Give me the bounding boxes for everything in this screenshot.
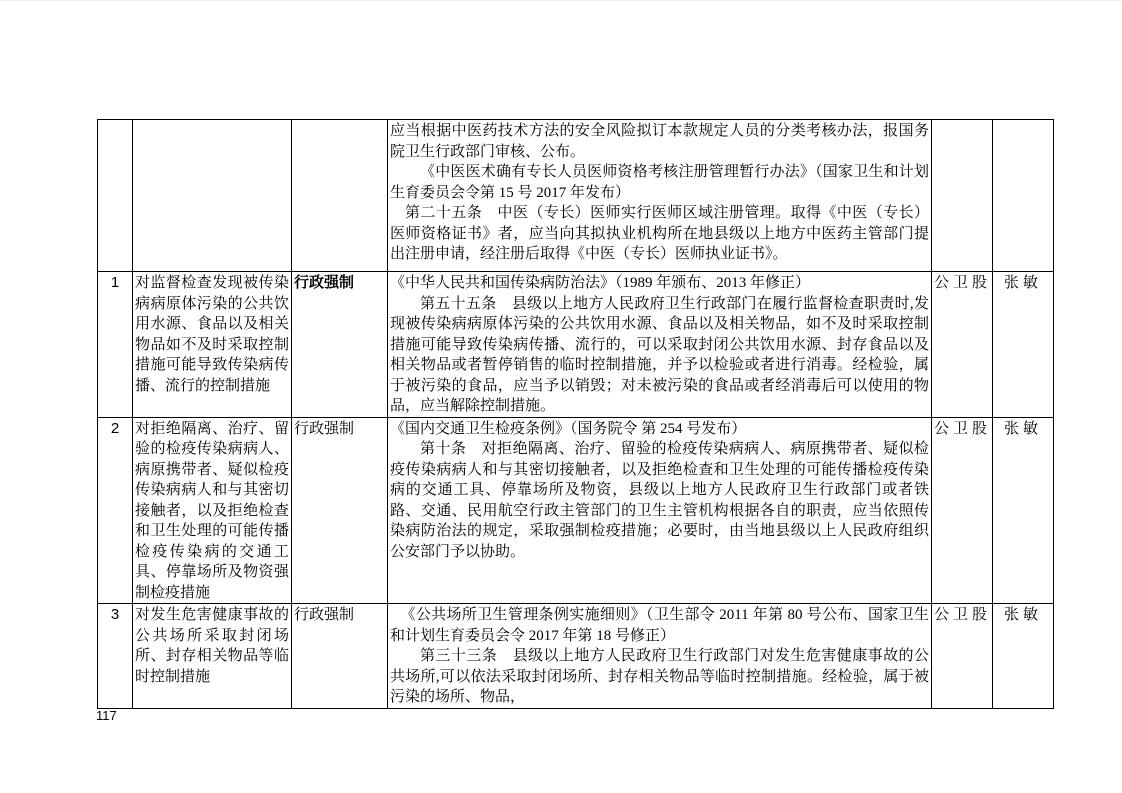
- department-cell: [932, 120, 993, 272]
- seq-cell: 3: [98, 604, 133, 709]
- legal-basis-cell: 应当根据中医药技术方法的安全风险拟订本款规定人员的分类考核办法，报国务院卫生行政…: [388, 120, 932, 272]
- item-cell: 对监督检查发现被传染病病原体污染的公共饮用水源、食品以及相关物品如不及时采取控制…: [133, 272, 292, 418]
- legal-basis-cell: 《公共场所卫生管理条例实施细则》（卫生部令 2011 年第 80 号公布、国家卫…: [388, 604, 932, 709]
- seq-cell: 2: [98, 417, 133, 604]
- table-row: 2 对拒绝隔离、治疗、留验的检疫传染病病人、病原携带者、疑似检疫传染病病人和与其…: [98, 417, 1054, 604]
- legal-paragraph: 第十条 对拒绝隔离、治疗、留验的检疫传染病病人、病原携带者、疑似检疫传染病病人和…: [390, 439, 929, 562]
- page-top-edge: [0, 0, 1122, 1]
- department-cell: 公卫股: [932, 272, 993, 418]
- department-cell: 公卫股: [932, 417, 993, 604]
- table-row: 1 对监督检查发现被传染病病原体污染的公共饮用水源、食品以及相关物品如不及时采取…: [98, 272, 1054, 418]
- department-cell: 公卫股: [932, 604, 993, 709]
- seq-cell: 1: [98, 272, 133, 418]
- legal-paragraph: 第三十三条 县级以上地方人民政府卫生行政部门对发生危害健康事故的公共场所,可以依…: [390, 646, 929, 708]
- legal-paragraph: 《中华人民共和国传染病防治法》（1989 年颁布、2013 年修正）: [390, 273, 929, 294]
- seq-cell: [98, 120, 133, 272]
- page-number: 117: [96, 708, 117, 723]
- type-cell: 行政强制: [292, 604, 388, 709]
- item-cell: 对发生危害健康事故的公共场所采取封闭场所、封存相关物品等临时控制措施: [133, 604, 292, 709]
- item-cell: [133, 120, 292, 272]
- legal-paragraph: 《中医医术确有专长人员医师资格考核注册管理暂行办法》（国家卫生和计划生育委员会令…: [390, 162, 929, 203]
- person-cell: [993, 120, 1054, 272]
- type-cell: 行政强制: [292, 417, 388, 604]
- legal-paragraph: 《国内交通卫生检疫条例》（国务院令 第 254 号发布）: [390, 419, 929, 440]
- legal-paragraph: 《公共场所卫生管理条例实施细则》（卫生部令 2011 年第 80 号公布、国家卫…: [390, 605, 929, 646]
- person-cell: 张敏: [993, 272, 1054, 418]
- legal-paragraph: 第五十五条 县级以上地方人民政府卫生行政部门在履行监督检查职责时,发现被传染病病…: [390, 294, 929, 417]
- type-cell: [292, 120, 388, 272]
- item-cell: 对拒绝隔离、治疗、留验的检疫传染病病人、病原携带者、疑似检疫传染病病人和与其密切…: [133, 417, 292, 604]
- duty-items-table: 应当根据中医药技术方法的安全风险拟订本款规定人员的分类考核办法，报国务院卫生行政…: [97, 119, 1054, 709]
- legal-paragraph: 第二十五条 中医（专长）医师实行医师区域注册管理。取得《中医（专长）医师资格证书…: [390, 203, 929, 265]
- person-cell: 张敏: [993, 604, 1054, 709]
- legal-paragraph: 应当根据中医药技术方法的安全风险拟订本款规定人员的分类考核办法，报国务院卫生行政…: [390, 121, 929, 162]
- legal-basis-cell: 《国内交通卫生检疫条例》（国务院令 第 254 号发布） 第十条 对拒绝隔离、治…: [388, 417, 932, 604]
- person-cell: 张敏: [993, 417, 1054, 604]
- table-row-continuation: 应当根据中医药技术方法的安全风险拟订本款规定人员的分类考核办法，报国务院卫生行政…: [98, 120, 1054, 272]
- table-row: 3 对发生危害健康事故的公共场所采取封闭场所、封存相关物品等临时控制措施 行政强…: [98, 604, 1054, 709]
- type-cell: 行政强制: [292, 272, 388, 418]
- legal-basis-cell: 《中华人民共和国传染病防治法》（1989 年颁布、2013 年修正） 第五十五条…: [388, 272, 932, 418]
